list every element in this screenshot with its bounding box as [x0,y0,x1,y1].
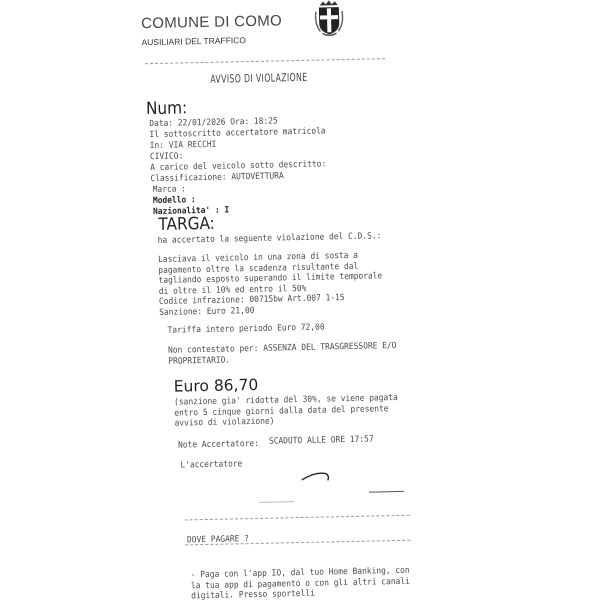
department-name: AUSILIARI DEL TRAFFICO [141,35,246,47]
reduction-text-line: avviso di violazione) [174,417,274,430]
signature-line-left [259,501,294,503]
officer-notes-value: SCADUTO ALLE ORE 17:57 [269,434,374,447]
not-contested-reason: Non contestato per: ASSENZA DEL TRASGRES… [168,341,397,356]
signature-mark [300,469,340,484]
officer-signature-label: L'accertatore [180,459,242,471]
civic-number: CIVICO: [150,151,184,162]
payment-instructions: - Paga con l'app IO, dal tuo Home Bankin… [0,0,594,6]
notice-title: AVVISO DI VIOLAZIONE [210,71,307,86]
divider [185,515,410,521]
notice-number-label: Num: [146,98,188,119]
location: In: VIA RECCHI [150,140,217,152]
officer-line: Il sottoscritto accertatore matricola [149,126,325,140]
vehicle-make: Marca : [153,184,187,195]
coat-of-arms-icon [314,0,345,38]
officer-notes-label: Note Accertatore: [178,439,259,451]
tariff-line: Tariffa intero periodo Euro 72,00 [168,322,325,336]
parking-violation-receipt: COMUNE DI COMO AUSILIARI DEL TRAFFICO AV… [0,0,600,600]
municipality-name: COMUNE DI COMO [141,12,282,32]
vehicle-classification: Classificazione: AUTOVETTURA [150,171,283,184]
plate-label: TARGA: [158,214,215,235]
violation-description: Lasciava il veicolo in una zona di sosta… [0,0,594,6]
vehicle-model: Modello : [153,195,196,206]
signature-line-right [369,491,404,493]
payment-text-line: digitali. Presso sportelli [191,589,315,600]
not-contested-reason-cont: PROPRIETARIO. [168,355,230,367]
divider [145,58,385,64]
violation-text-line: Sanzione: Euro 21,00 [159,306,254,319]
reduction-note: (sanzione gia' ridotta del 30%, se viene… [0,0,594,6]
amount-due: Euro 86,70 [174,376,259,396]
